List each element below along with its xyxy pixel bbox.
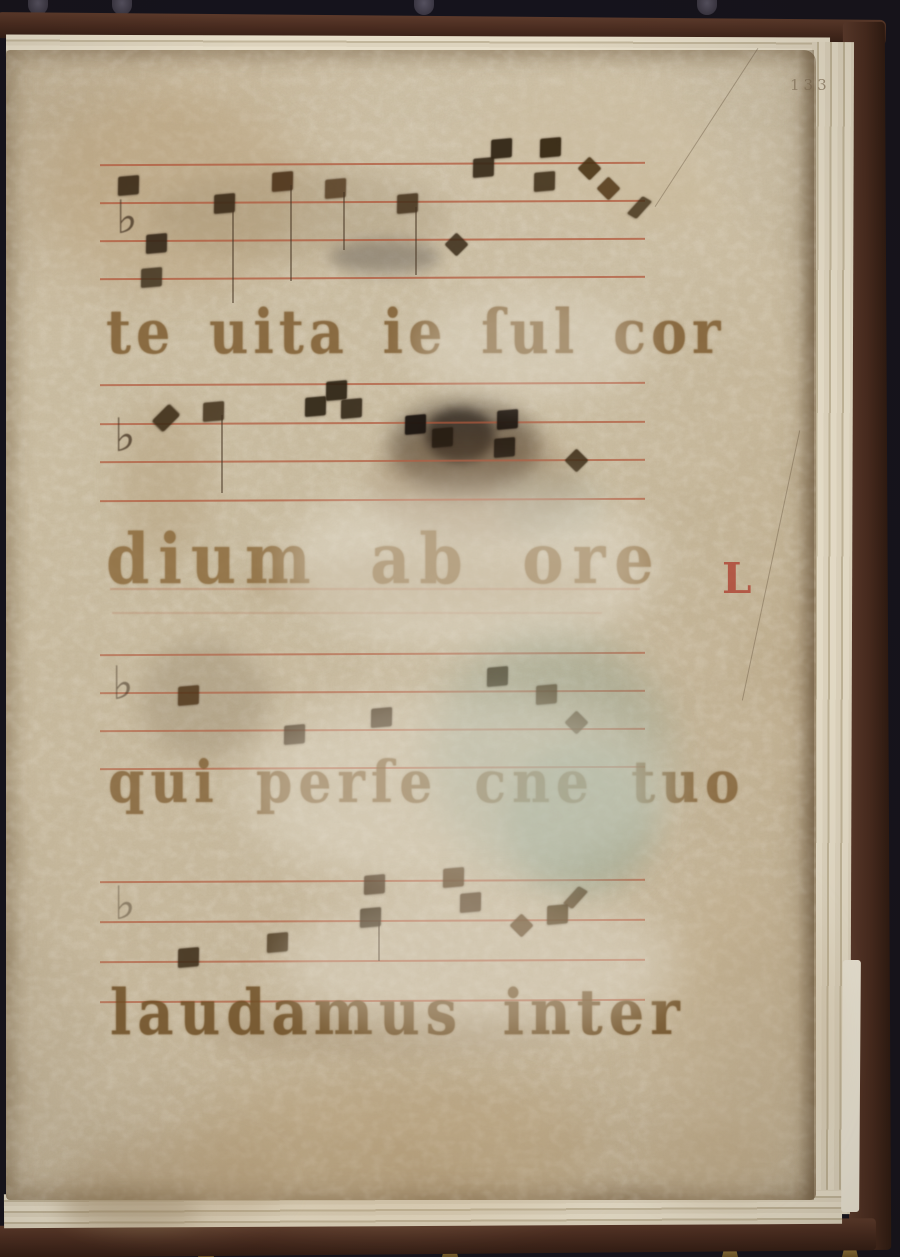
stain-mark [280,890,680,1040]
scratch-line [655,48,759,207]
manuscript-photo: ♭♭♭♭ te uita ie ſul cor dium ab ore qui … [0,0,900,1257]
stain-mark [410,290,650,400]
page-hinge-shadow [798,50,814,1200]
stain-mark [280,480,660,650]
stain-mark [240,690,670,890]
stain-layer-over [0,0,900,1257]
scratch-line [742,430,800,700]
